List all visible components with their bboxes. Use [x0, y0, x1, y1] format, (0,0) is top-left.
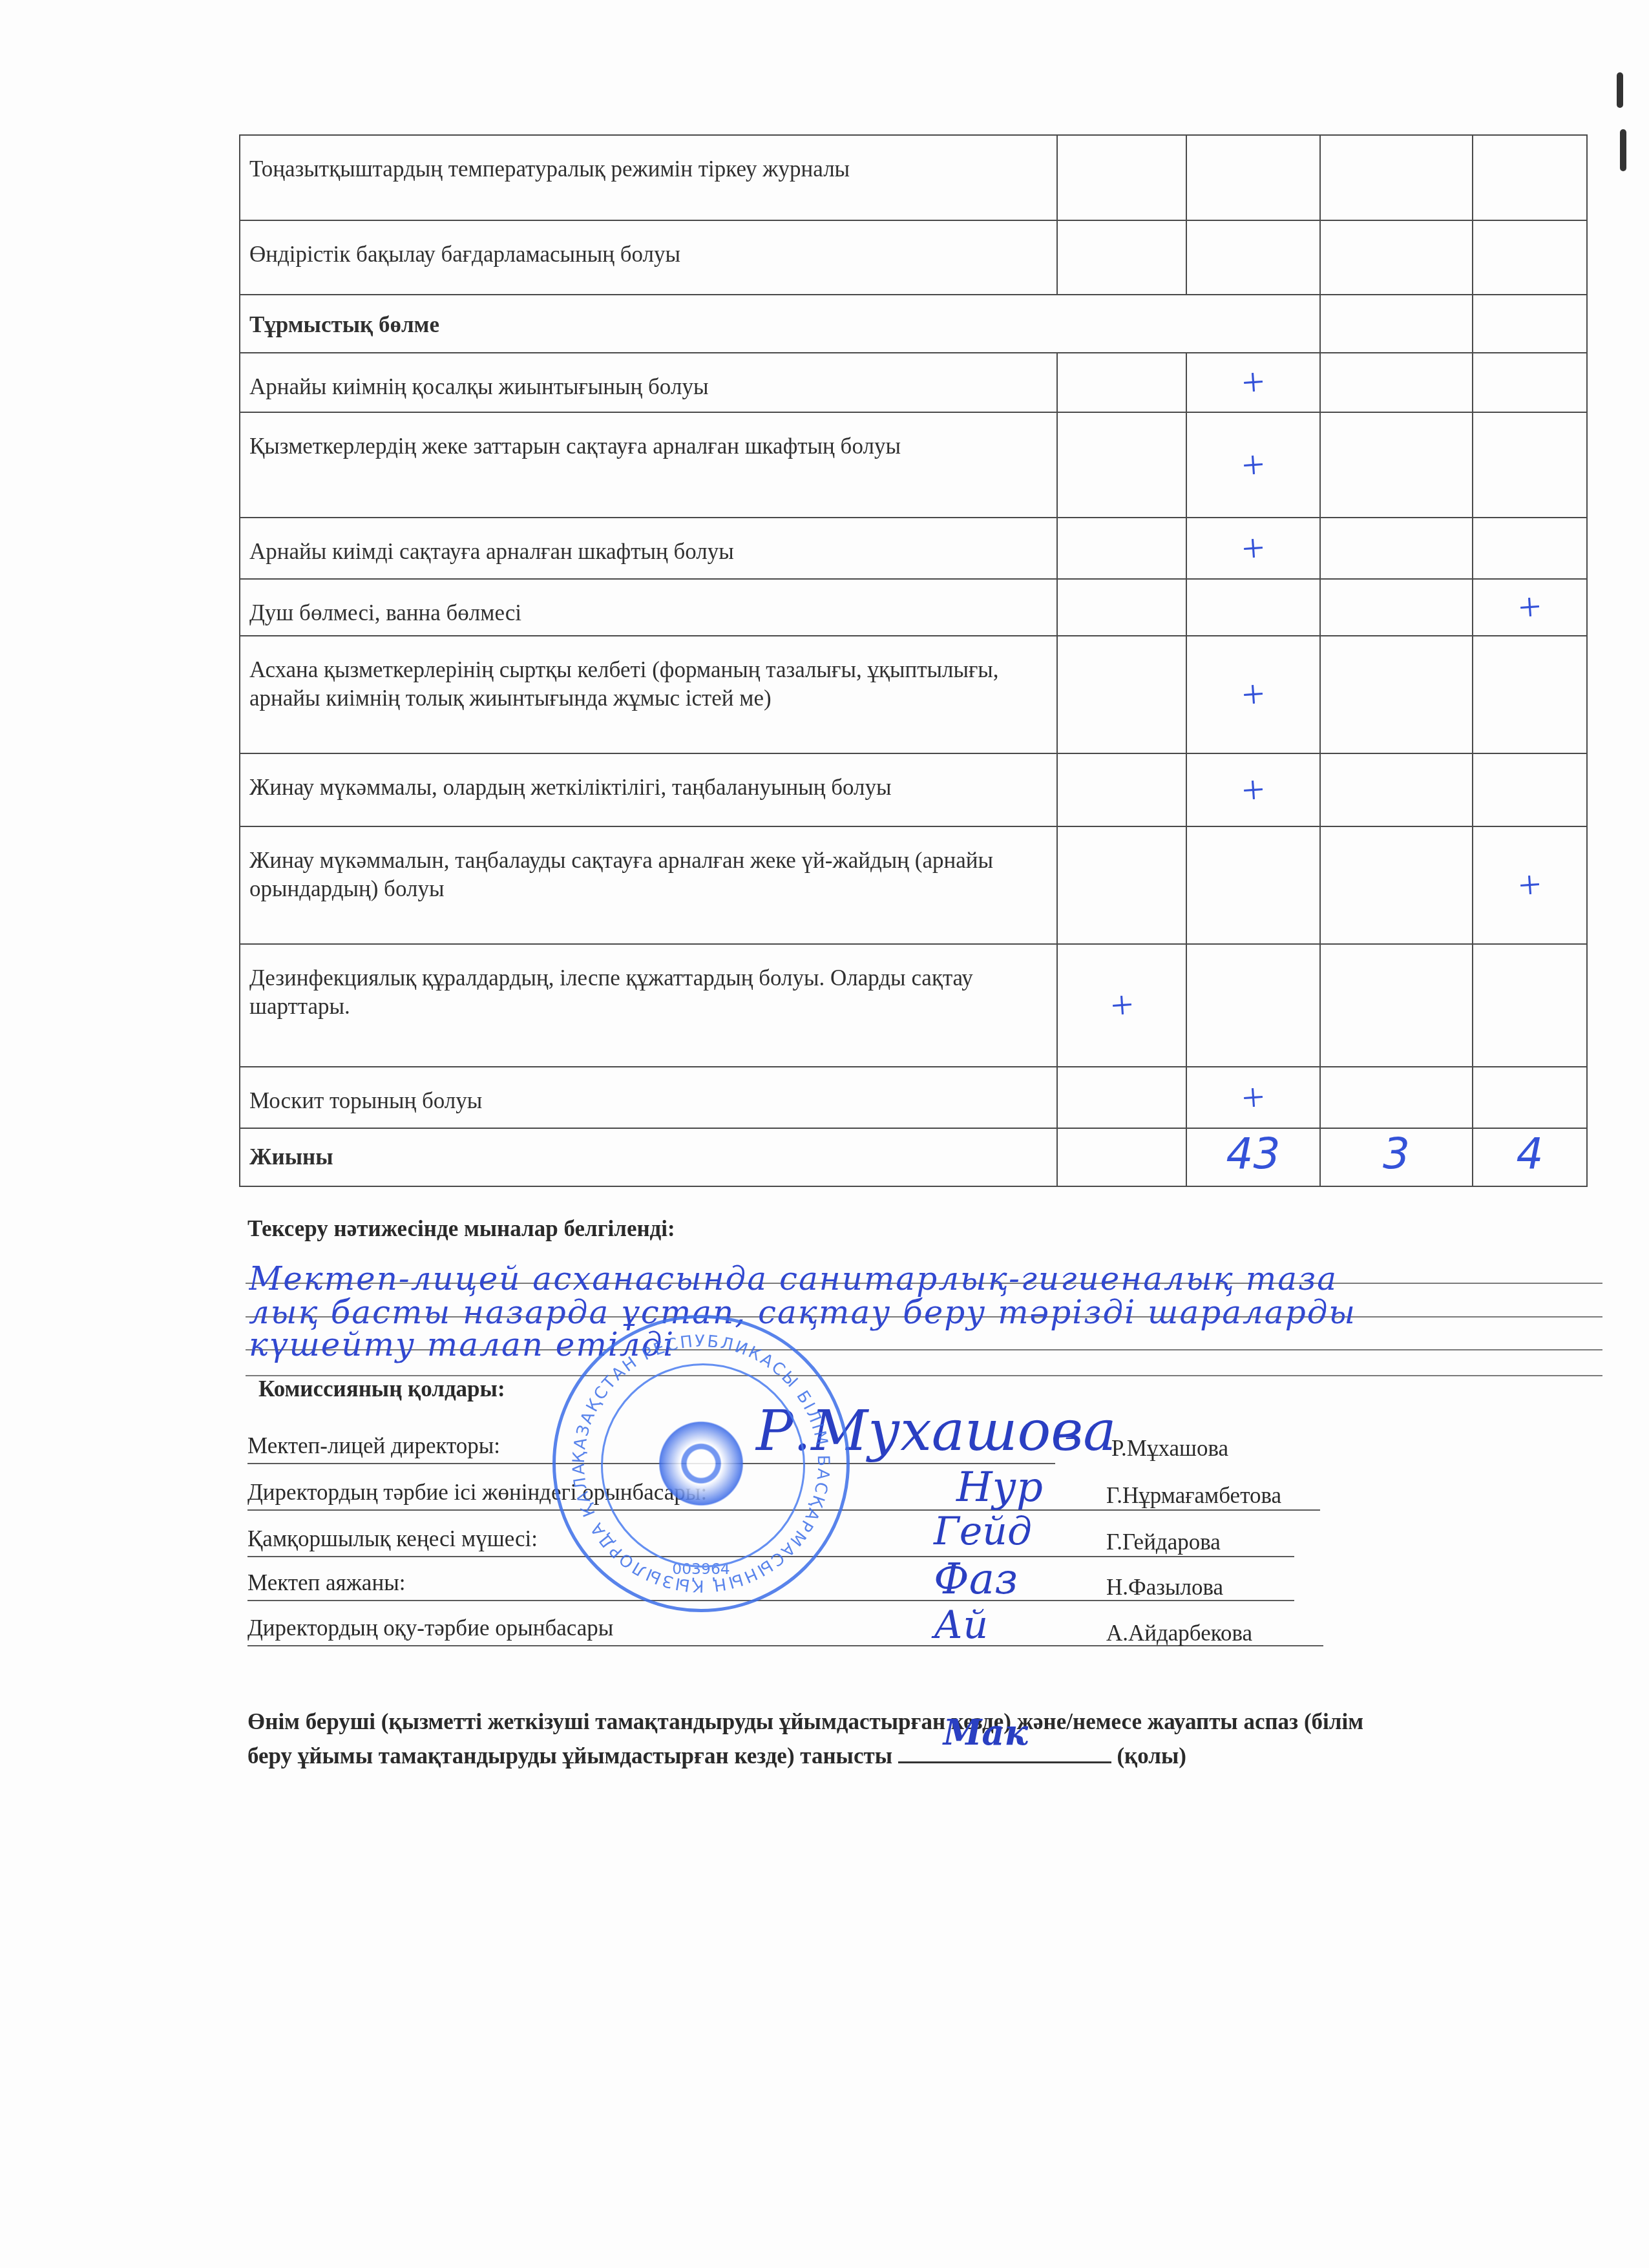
table-row: Жинау мүкәммалы, олардың жеткіліктілігі,…: [240, 753, 1587, 826]
assessment-cell: +: [1057, 944, 1186, 1067]
signature-scribble: Фаз: [934, 1554, 1018, 1604]
criterion-label: Москит торының болуы: [240, 1067, 1057, 1128]
criterion-label: Арнайы киімді сақтауға арналған шкафтың …: [240, 518, 1057, 579]
member-name: А.Айдарбекова: [1106, 1621, 1252, 1646]
handwritten-plus-mark: +: [1517, 865, 1542, 906]
member-name: Н.Фазылова: [1106, 1575, 1223, 1601]
table-row: Өндірістік бақылау бағдарламасының болуы: [240, 220, 1587, 295]
assessment-cell: [1186, 944, 1320, 1067]
assessment-cell: 43: [1186, 1128, 1320, 1186]
handwritten-plus-mark: +: [1109, 985, 1134, 1026]
member-name: Г.Гейдарова: [1106, 1529, 1221, 1555]
dash: –: [1065, 1422, 1078, 1451]
role-label: Қамқоршылық кеңесі мүшесі:: [247, 1526, 538, 1551]
assessment-cell: [1186, 579, 1320, 636]
table-row: Тоңазытқыштардың температуралық режимін …: [240, 135, 1587, 220]
criterion-label: Жинау мүкәммалы, олардың жеткіліктілігі,…: [240, 753, 1057, 826]
member-name: Р.Мұхашова: [1111, 1436, 1228, 1462]
assessment-cell: [1057, 353, 1186, 412]
signature-scribble: Ай: [934, 1602, 988, 1648]
member-name: Г.Нұрмағамбетова: [1106, 1483, 1281, 1509]
assessment-cell: [1057, 518, 1186, 579]
role-label: Директордың оқу-тәрбие орынбасары: [247, 1615, 613, 1641]
criterion-label: Қызметкерлердің жеке заттарын сақтауға а…: [240, 412, 1057, 518]
findings-heading: Тексеру нәтижесінде мыналар белгіленді:: [247, 1216, 675, 1242]
handwritten-plus-mark: +: [1517, 587, 1542, 628]
assessment-cell: [1057, 412, 1186, 518]
assessment-cell: [1473, 636, 1587, 753]
assessment-cell: [1473, 1067, 1587, 1128]
assessment-cell: [1473, 353, 1587, 412]
assessment-cell: [1186, 220, 1320, 295]
handwritten-total: 3: [1383, 1129, 1410, 1179]
assessment-cell: [1473, 135, 1587, 220]
handwritten-finding-line-3: күшейту талап етілді: [249, 1326, 1599, 1363]
inspection-checklist-table: Тоңазытқыштардың температуралық режимін …: [239, 134, 1588, 1187]
assessment-cell: [1057, 826, 1186, 944]
assessment-cell: [1057, 220, 1186, 295]
assessment-cell: [1473, 220, 1587, 295]
criterion-label: Жинау мүкәммалын, таңбалауды сақтауға ар…: [240, 826, 1057, 944]
signature-blank: Мак: [898, 1738, 1111, 1763]
criterion-label: Өндірістік бақылау бағдарламасының болуы: [240, 220, 1057, 295]
assessment-cell: [1473, 753, 1587, 826]
criterion-label: Тұрмыстық бөлме: [240, 295, 1320, 353]
handwritten-finding-line-1: Мектеп-лицей асханасында санитарлық-гиги…: [249, 1260, 1599, 1297]
assessment-cell: [1057, 753, 1186, 826]
provider-signature: Мак: [943, 1716, 1028, 1748]
role-label: Мектеп аяжаны:: [247, 1570, 405, 1595]
assessment-cell: [1320, 220, 1473, 295]
assessment-cell: [1057, 579, 1186, 636]
assessment-cell: [1320, 636, 1473, 753]
handwritten-total: 43: [1226, 1129, 1281, 1179]
acknowledgement-line-2: беру ұйымы тамақтандыруды ұйымдастырған …: [247, 1738, 1604, 1772]
assessment-cell: +: [1186, 353, 1320, 412]
table-row: Асхана қызметкерлерінің сыртқы келбеті (…: [240, 636, 1587, 753]
assessment-cell: [1473, 944, 1587, 1067]
assessment-cell: +: [1186, 412, 1320, 518]
assessment-cell: [1057, 135, 1186, 220]
table-row: Москит торының болуы+: [240, 1067, 1587, 1128]
scanned-page: Тоңазытқыштардың температуралық режимін …: [0, 0, 1649, 2268]
handwritten-total: 4: [1517, 1129, 1544, 1179]
assessment-cell: [1320, 944, 1473, 1067]
assessment-cell: [1186, 826, 1320, 944]
assessment-cell: +: [1473, 579, 1587, 636]
signature-caption: (қолы): [1117, 1743, 1186, 1769]
assessment-cell: +: [1186, 1067, 1320, 1128]
assessment-cell: 4: [1473, 1128, 1587, 1186]
handwritten-plus-mark: +: [1241, 769, 1266, 810]
handwritten-plus-mark: +: [1241, 1076, 1266, 1118]
acknowledgement-line-1: Өнім беруші (қызметті жеткізуші тамақтан…: [247, 1706, 1604, 1738]
role-label: Мектеп-лицей директоры:: [247, 1433, 500, 1458]
handwritten-plus-mark: +: [1241, 674, 1266, 715]
total-row: Жиыны4334: [240, 1128, 1587, 1186]
handwritten-plus-mark: +: [1241, 527, 1266, 569]
assessment-cell: [1057, 1067, 1186, 1128]
table-row: Дезинфекциялық құралдардың, ілеспе құжат…: [240, 944, 1587, 1067]
table-row: Арнайы киімді сақтауға арналған шкафтың …: [240, 518, 1587, 579]
assessment-cell: [1320, 353, 1473, 412]
table-row: Жинау мүкәммалын, таңбалауды сақтауға ар…: [240, 826, 1587, 944]
signature-scribble: Гейд: [934, 1509, 1032, 1554]
assessment-cell: [1473, 412, 1587, 518]
official-round-stamp: ҚАЗАҚСТАН РЕСПУБЛИКАСЫ БІЛІМ БАСҚАРМАСЫН…: [552, 1315, 850, 1612]
criterion-label: Тоңазытқыштардың температуралық режимін …: [240, 135, 1057, 220]
table-row: Душ бөлмесі, ванна бөлмесі+: [240, 579, 1587, 636]
criterion-label: Жиыны: [240, 1128, 1057, 1186]
binder-hole-artifact: [1617, 72, 1623, 108]
assessment-cell: [1320, 518, 1473, 579]
assessment-cell: [1186, 135, 1320, 220]
assessment-cell: [1320, 1067, 1473, 1128]
assessment-cell: +: [1186, 753, 1320, 826]
criterion-label: Асхана қызметкерлерінің сыртқы келбеті (…: [240, 636, 1057, 753]
criterion-label: Арнайы киімнің қосалқы жиынтығының болуы: [240, 353, 1057, 412]
table-row: Арнайы киімнің қосалқы жиынтығының болуы…: [240, 353, 1587, 412]
state-emblem-icon: [653, 1415, 750, 1512]
binder-hole-artifact: [1620, 129, 1626, 171]
assessment-cell: [1320, 753, 1473, 826]
handwritten-plus-mark: +: [1241, 444, 1266, 485]
assessment-cell: [1320, 579, 1473, 636]
assessment-cell: [1320, 826, 1473, 944]
assessment-cell: [1320, 412, 1473, 518]
assessment-cell: +: [1186, 636, 1320, 753]
assessment-cell: [1473, 295, 1587, 353]
criterion-label: Дезинфекциялық құралдардың, ілеспе құжат…: [240, 944, 1057, 1067]
acknowledgement-text: беру ұйымы тамақтандыруды ұйымдастырған …: [247, 1743, 892, 1769]
commission-heading: Комиссияның қолдары:: [258, 1376, 505, 1402]
acknowledgement-paragraph: Өнім беруші (қызметті жеткізуші тамақтан…: [247, 1706, 1604, 1772]
assessment-cell: +: [1186, 518, 1320, 579]
table-row: Қызметкерлердің жеке заттарын сақтауға а…: [240, 412, 1587, 518]
criterion-label: Душ бөлмесі, ванна бөлмесі: [240, 579, 1057, 636]
assessment-cell: [1057, 1128, 1186, 1186]
assessment-cell: 3: [1320, 1128, 1473, 1186]
assessment-cell: [1473, 518, 1587, 579]
assessment-cell: [1320, 135, 1473, 220]
handwritten-plus-mark: +: [1241, 362, 1266, 403]
signature-scribble: Нур: [956, 1464, 1043, 1511]
assessment-cell: +: [1473, 826, 1587, 944]
assessment-cell: [1320, 295, 1473, 353]
assessment-cell: [1057, 636, 1186, 753]
section-row: Тұрмыстық бөлме: [240, 295, 1587, 353]
